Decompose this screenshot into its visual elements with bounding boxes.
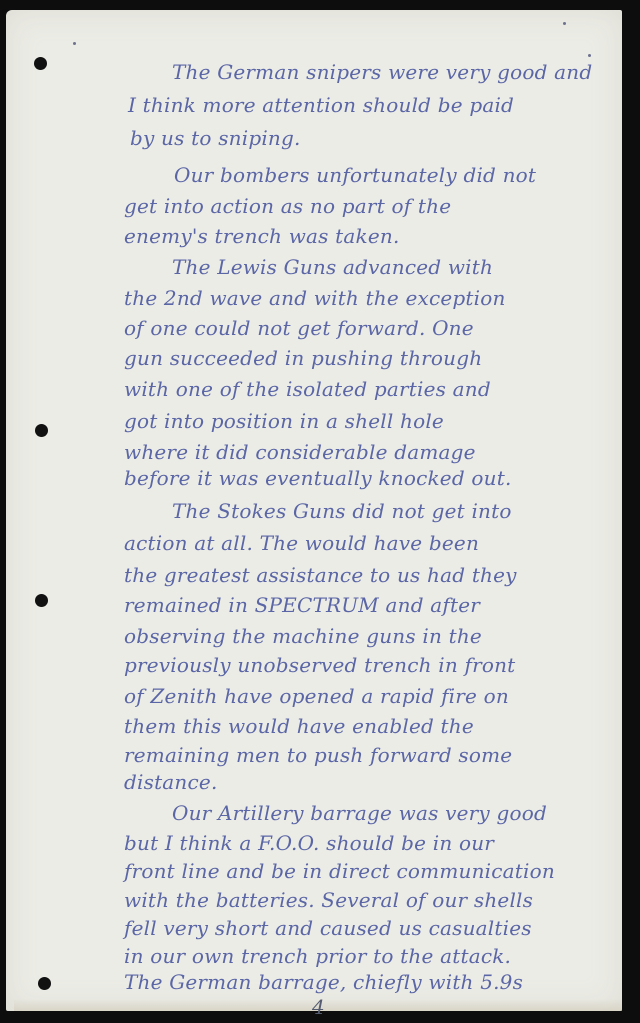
- text-line: in our own trench prior to the attack.: [124, 944, 511, 968]
- text-line: Our bombers unfortunately did not: [174, 163, 536, 187]
- text-line: gun succeeded in pushing through: [124, 346, 482, 370]
- text-line: where it did considerable damage: [124, 440, 476, 464]
- text-line: fell very short and caused us casualties: [124, 916, 532, 940]
- text-line: the 2nd wave and with the exception: [124, 286, 506, 310]
- text-line: previously unobserved trench in front: [124, 653, 515, 677]
- text-line: enemy's trench was taken.: [124, 224, 400, 248]
- text-line: Our Artillery barrage was very good: [172, 801, 547, 825]
- text-line: The Lewis Guns advanced with: [172, 255, 493, 279]
- text-line: by us to sniping.: [130, 126, 301, 150]
- text-line: The German snipers were very good and: [172, 60, 592, 84]
- text-line: remained in SPECTRUM and after: [124, 593, 480, 617]
- text-line: The Stokes Guns did not get into: [172, 499, 512, 523]
- text-line: action at all. The would have been: [124, 531, 479, 555]
- text-line: got into position in a shell hole: [124, 409, 444, 433]
- text-line: get into action as no part of the: [124, 194, 451, 218]
- text-line: of one could not get forward. One: [124, 316, 474, 340]
- handwritten-body: The German snipers were very good and I …: [0, 0, 640, 1023]
- text-line: of Zenith have opened a rapid fire on: [124, 684, 509, 708]
- text-line: distance.: [124, 770, 218, 794]
- page-number: 4: [312, 995, 325, 1019]
- text-line: before it was eventually knocked out.: [124, 466, 512, 490]
- text-line: remaining men to push forward some: [124, 743, 512, 767]
- scanned-document: The German snipers were very good and I …: [0, 0, 640, 1023]
- text-line: with the batteries. Several of our shell…: [124, 888, 533, 912]
- text-line: observing the machine guns in the: [124, 624, 482, 648]
- text-line: the greatest assistance to us had they: [124, 563, 517, 587]
- text-line: front line and be in direct communicatio…: [124, 859, 555, 883]
- text-line: I think more attention should be paid: [128, 93, 514, 117]
- text-line: The German barrage, chiefly with 5.9s: [124, 970, 523, 994]
- text-line: but I think a F.O.O. should be in our: [124, 831, 494, 855]
- text-line: with one of the isolated parties and: [124, 377, 491, 401]
- text-line: them this would have enabled the: [124, 714, 474, 738]
